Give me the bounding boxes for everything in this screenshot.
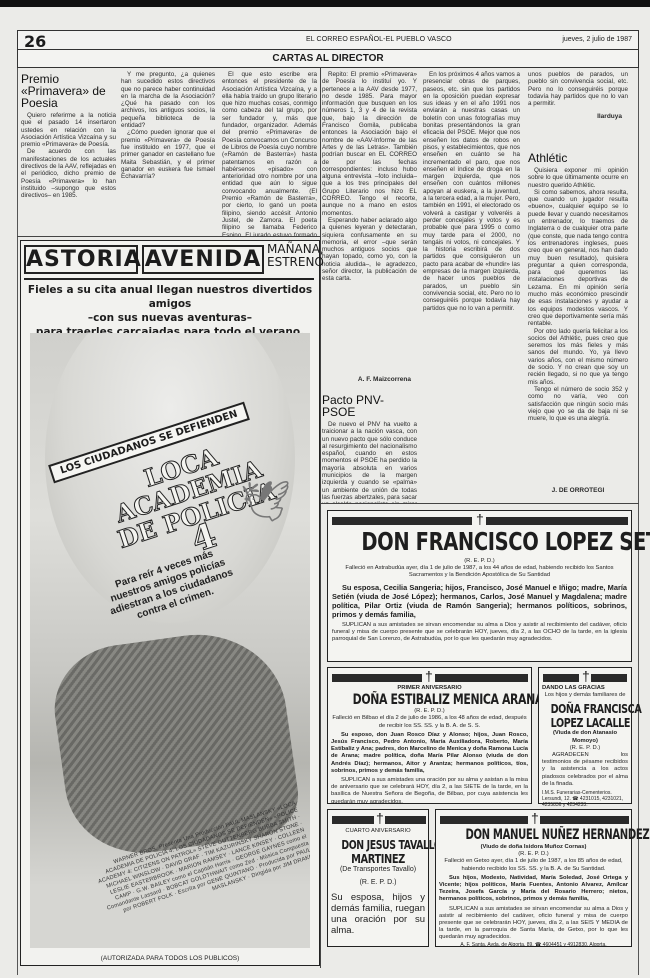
letter-premio-col4: Repito: El premio «Primavera» de Poesía … [322, 71, 417, 381]
widow-note: (Viuda de don Atanasio Momoyo) [542, 730, 628, 744]
black-bar [543, 674, 579, 682]
divider [24, 278, 314, 280]
release-note: MAÑANA, ESTRENO [267, 243, 324, 269]
column-divider [320, 503, 639, 504]
cinema-astoria: ASTORIA [24, 245, 138, 274]
column-divider [17, 236, 320, 237]
age-rating: (AUTORIZADA PARA TODOS LOS PUBLICOS) [21, 955, 319, 962]
cross-icon: † [376, 811, 384, 825]
black-bar [435, 674, 528, 682]
death-notice: Falleció en Astrabudúa ayer, día 1 de ju… [332, 565, 627, 579]
letter-title: Athlétic [528, 152, 628, 164]
black-bar [591, 674, 627, 682]
section-title: CARTAS AL DIRECTOR [17, 50, 639, 68]
request: Su esposa, hijos y demás familia, ruegan… [331, 892, 425, 936]
death-notice: Falleció en Getxo ayer, día 1 de julio d… [439, 858, 628, 872]
letter-athletic: Athlétic Quisiera exponer mi opinión sob… [528, 150, 628, 460]
family-list: Su esposa, Cecilia Sangeria; hijos, Fran… [332, 583, 627, 619]
request: SUPLICAN a sus amistades una oración por… [331, 777, 528, 806]
funeral-home: I.M.S. Funerarias-Cementerios. Lersundi,… [542, 790, 628, 808]
cross-icon: † [582, 669, 590, 683]
obituary-lopez-setien: † DON FRANCISCO LOPEZ SETIEN (R. E. P. D… [327, 510, 632, 662]
rip: (R. E. P. D.) [331, 708, 528, 715]
letter-signature: Ilarduya [528, 113, 628, 120]
widow-note: (Viudo de doña Isidora Muñoz Cornas) [439, 844, 628, 851]
issue-date: jueves, 2 julio de 1987 [562, 36, 632, 43]
obituary-lopez-lacalle: † DANDO LAS GRACIAS Los hijos y demás fa… [538, 667, 632, 804]
black-bar [440, 816, 528, 824]
rip: (R. E. P. D.) [331, 879, 425, 888]
black-bar [486, 517, 628, 525]
deceased-name: DON MANUEL NUÑEZ HERNANDEZ [465, 827, 601, 844]
letter-premio-signature-block: A. F. Maizcorrena [322, 376, 417, 383]
letter-signature: J. DE ORROTEGI [528, 487, 628, 494]
newspaper-name: EL CORREO ESPAÑOL-EL PUEBLO VASCO [306, 36, 452, 43]
scan-top-edge [0, 0, 650, 7]
letter-premio-col1: Premio «Primavera» de Poesia Quiero refe… [21, 71, 116, 200]
page-number: 26 [24, 32, 46, 51]
family-list: Su esposo, don Juan Rosco Díaz y Alonso;… [331, 732, 528, 775]
black-bar [332, 816, 374, 824]
letter-pacto-col3: unos pueblos de parados, un pueblo sin c… [528, 71, 628, 111]
column-divider [320, 68, 321, 968]
black-bar [332, 674, 422, 682]
anniversary-label: CUARTO ANIVERSARIO [331, 828, 425, 835]
movie-poster: LOS CIUDADANOS SE DEFIENDEN LOCA ACADEMI… [30, 333, 310, 948]
page-header: 26 EL CORREO ESPAÑOL-EL PUEBLO VASCO jue… [17, 30, 639, 50]
thanks-label: DANDO LAS GRACIAS [542, 685, 628, 692]
obituary-tavallo: † CUARTO ANIVERSARIO DON JESUS TAVALLO M… [327, 809, 429, 947]
rip: (R. E. P. D.) [332, 558, 627, 565]
funeral-home: A. F. Santa, Avda. de Algorta, 89. ☎ 460… [439, 942, 628, 949]
cinema-avenida: AVENIDA [142, 245, 264, 274]
bird-icon: 🕊 [240, 478, 280, 538]
letter-athletic-signature-block: J. DE ORROTEGI [528, 487, 628, 494]
request: SUPLICAN a sus amistades se sirvan encom… [332, 622, 627, 644]
black-bar [385, 816, 426, 824]
rip: (R. E. P. D.) [542, 745, 628, 752]
deceased-name: DOÑA ESTIBALIZ MENICA ARANA [353, 692, 507, 708]
rip: (R. E. P. D.) [439, 851, 628, 858]
intro: Los hijos y demás familiares de [542, 692, 628, 699]
movie-advertisement: ASTORIA AVENIDA MAÑANA, ESTRENO Fieles a… [20, 240, 320, 966]
cross-icon: † [425, 669, 433, 683]
death-notice: Falleció en Bilbao el día 2 de julio de … [331, 715, 528, 729]
obituary-menica-arana: † PRIMER ANIVERSARIO DOÑA ESTIBALIZ MENI… [327, 667, 532, 804]
request: SUPLICAN a sus amistades se sirvan encom… [439, 906, 628, 942]
black-bar [540, 816, 629, 824]
ad-tagline: Fieles a su cita anual llegan nuestros d… [21, 283, 319, 339]
letter-title: Premio «Primavera» de Poesia [21, 73, 116, 109]
cross-icon: † [531, 811, 539, 825]
cross-icon: † [476, 512, 484, 526]
letter-premio-col3: El que esto escribe era entonces el pres… [222, 71, 317, 236]
black-bar [332, 517, 472, 525]
letter-premio-col2: Y me pregunto, ¿a quienes han sucedido e… [121, 71, 215, 236]
family-list: Sus hijos, Modesto, Natividad, María Sol… [439, 875, 628, 904]
deceased-name: DON FRANCISCO LOPEZ SETIEN [361, 528, 597, 556]
letter-pacto-col2: En los próximos 4 años vamos a presencia… [423, 71, 520, 503]
letter-title: Pacto PNV-PSOE [322, 394, 417, 418]
letter-signature: A. F. Maizcorrena [322, 376, 417, 383]
deceased-name: DON JESUS TAVALLO [341, 838, 414, 852]
company-note: (De Transportes Tavallo) [331, 866, 425, 875]
anniversary-label: PRIMER ANIVERSARIO [331, 685, 528, 692]
letter-pacto-col1: Pacto PNV-PSOE De nuevo el PNV ha vuelto… [322, 392, 417, 504]
letter-pacto-signature-block: Ilarduya [528, 113, 628, 120]
thanks-text: AGRADECEN los testimonios de pésame reci… [542, 752, 628, 788]
obituary-nunez-hernandez: † DON MANUEL NUÑEZ HERNANDEZ (Viudo de d… [435, 809, 632, 947]
deceased-name: DOÑA FRANCISCA [551, 702, 620, 716]
